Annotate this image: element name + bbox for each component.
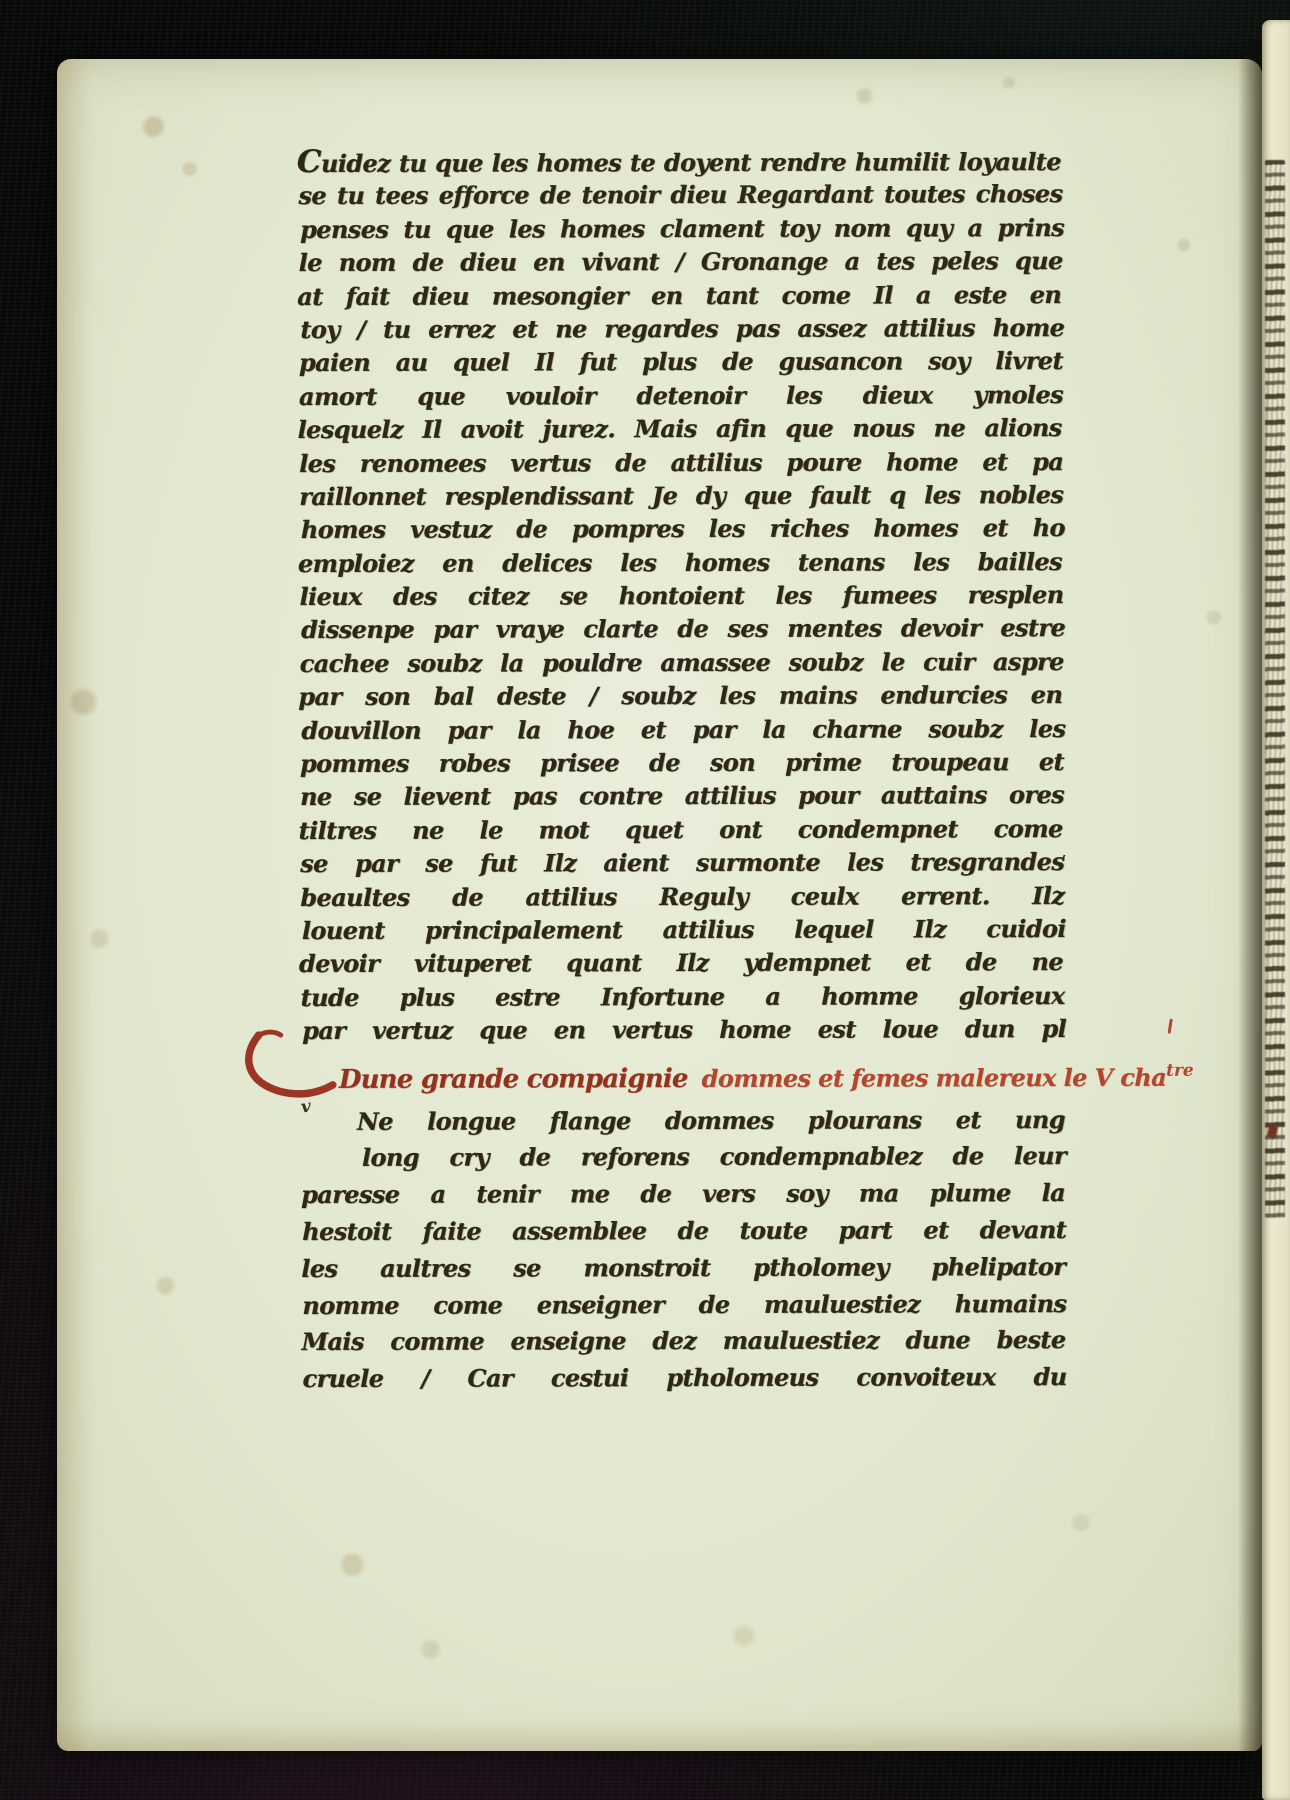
text-line: Cuidez tu que les homes te doyent rendre…: [297, 144, 1061, 179]
photo-backdrop: Cuidez tu que les homes te doyent rendre…: [0, 0, 1290, 1800]
text-line: raillonnet resplendissant Je dy que faul…: [299, 478, 1063, 513]
text-line: devoir vituperet quant Ilz ydempnet et d…: [299, 945, 1063, 980]
text-line: cachee soubz la pouldre amassee soubz le…: [300, 645, 1064, 680]
second-paragraph: Ne longue flange dommes plourans et ungl…: [301, 1102, 1066, 1398]
text-line: se par se fut Ilz aient surmonte les tre…: [300, 845, 1064, 880]
text-line: tiltres ne le mot quet ont condempnet co…: [299, 812, 1063, 847]
text-line: amort que vouloir detenoir les dieux ymo…: [299, 378, 1063, 413]
text-line: le nom de dieu en vivant / Gronange a te…: [299, 244, 1063, 279]
rubric-text-left: Dune grande compaignie: [339, 1064, 688, 1095]
facing-folio-text: [1265, 160, 1285, 1218]
text-line: penses tu que les homes clament toy nom …: [300, 211, 1064, 246]
text-line: lesquelz Il avoit jurez. Mais afin que n…: [298, 411, 1062, 446]
text-line: Mais comme enseigne dez mauluestiez dune…: [301, 1322, 1065, 1361]
red-ink-tick: [1168, 1018, 1173, 1033]
text-line: emploiez en delices les homes tenans les…: [298, 545, 1062, 580]
text-line: beaultes de attilius Reguly ceulx errent…: [300, 879, 1064, 914]
text-line: les renomees vertus de attilius poure ho…: [299, 445, 1063, 480]
text-line: cruele / Car cestui ptholomeus convoiteu…: [303, 1359, 1067, 1398]
text-line: dissenpe par vraye clarte de ses mentes …: [301, 611, 1065, 646]
text-line: louent principalement attilius lequel Il…: [302, 912, 1066, 947]
text-line: tude plus estre Infortune a homme glorie…: [301, 979, 1065, 1014]
text-block: Cuidez tu que les homes te doyent rendre…: [298, 144, 1065, 1398]
rubric-line: Dune grande compaigniedommes et femes ma…: [301, 1051, 1065, 1093]
text-line: homes vestuz de pompres les riches homes…: [301, 511, 1065, 546]
text-line: long cry de reforens condempnablez de le…: [302, 1138, 1066, 1177]
facing-folio-edge: [1262, 20, 1290, 1800]
text-line: se tu tees efforce de tenoir dieu Regard…: [298, 177, 1062, 212]
text-line: at fait dieu mesongier en tant come Il a…: [297, 278, 1061, 313]
text-line: ne se lievent pas contre attilius pour a…: [300, 778, 1064, 813]
text-line: paien au quel Il fut plus de gusancon so…: [299, 344, 1063, 379]
rubric-superscript: tre: [1166, 1060, 1194, 1080]
rubric-text-right: dommes et femes malereux le V cha: [702, 1062, 1167, 1092]
manuscript-leaf: Cuidez tu que les homes te doyent rendre…: [57, 59, 1262, 1751]
gutter-shadow: [1238, 40, 1264, 1785]
text-line: pommes robes prisee de son prime troupea…: [300, 745, 1064, 780]
text-line: toy / tu errez et ne regardes pas assez …: [300, 311, 1064, 346]
text-line: par son bal deste / soubz les mains endu…: [298, 678, 1062, 713]
text-line: les aultres se monstroit ptholomey pheli…: [301, 1249, 1065, 1288]
text-line: Ne longue flange dommes plourans et ung: [301, 1102, 1065, 1141]
text-line: paresse a tenir me de vers soy ma plume …: [301, 1175, 1065, 1214]
right-margin-mark: ’: [1061, 852, 1066, 870]
text-line: lieux des citez se hontoient les fumees …: [299, 578, 1063, 613]
paraph-flourish-icon: [245, 1028, 337, 1102]
text-line: par vertuz que en vertus home est loue d…: [302, 1012, 1066, 1047]
text-line: nomme come enseigner de mauluestiez huma…: [302, 1286, 1066, 1325]
opening-paragraph: Cuidez tu que les homes te doyent rendre…: [298, 144, 1064, 1048]
text-line: douvillon par la hoe et par la charne so…: [301, 712, 1065, 747]
text-line: hestoit faite assemblee de toute part et…: [302, 1212, 1066, 1251]
